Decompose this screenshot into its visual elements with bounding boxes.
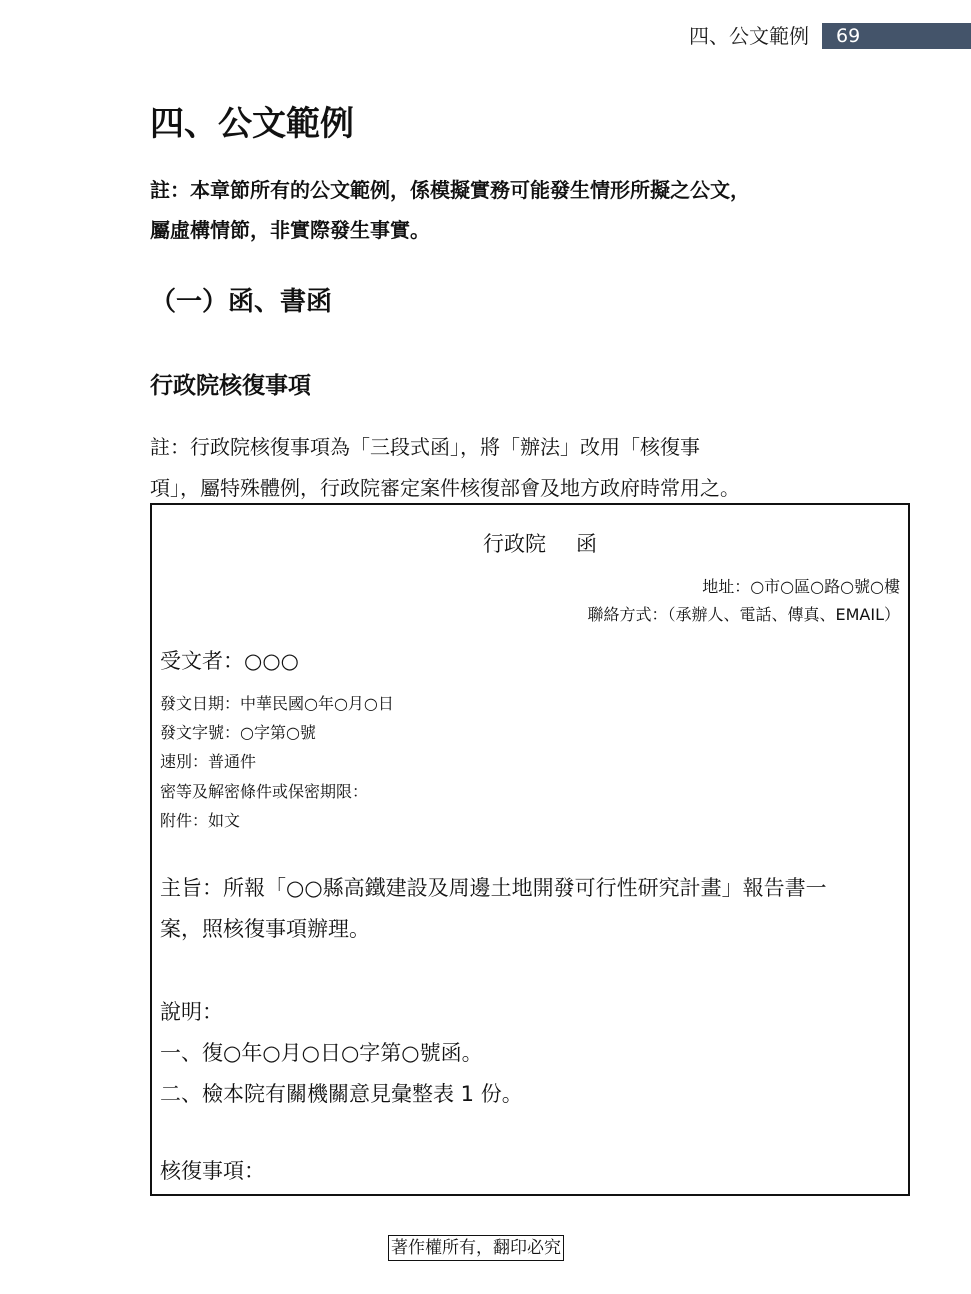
chapter-note-line-2: 屬虛構情節，非實際發生事實。 bbox=[150, 210, 750, 250]
meta-issue-date: 發文日期：中華民國○年○月○日 bbox=[160, 689, 394, 718]
sub-note: 註：行政院核復事項為「三段式函」，將「辦法」改用「核復事 項」，屬特殊體例，行政… bbox=[150, 427, 850, 509]
document-subject: 主旨：所報「○○縣高鐵建設及周邊土地開發可行性研究計畫」報告書一 案，照核復事項… bbox=[160, 868, 900, 950]
meta-urgency: 速別：普通件 bbox=[160, 747, 394, 776]
document-explanation: 說明： 一、復○年○月○日○字第○號函。 二、檢本院有關機關意見彙整表 1 份。 bbox=[160, 992, 523, 1115]
document-review-label: 核復事項： bbox=[160, 1154, 265, 1188]
subject-line-1: 主旨：所報「○○縣高鐵建設及周邊土地開發可行性研究計畫」報告書一 bbox=[160, 868, 900, 909]
subject-line-2: 案，照核復事項辦理。 bbox=[160, 909, 900, 950]
sub-note-line-1: 註：行政院核復事項為「三段式函」，將「辦法」改用「核復事 bbox=[150, 427, 850, 468]
document-recipient: 受文者：○○○ bbox=[160, 644, 299, 678]
document-contact-block: 地址：○市○區○路○號○樓 聯絡方式：（承辦人、電話、傳真、EMAIL） bbox=[588, 573, 901, 629]
chapter-note-line-1: 註：本章節所有的公文範例，係模擬實務可能發生情形所擬之公文， bbox=[150, 170, 750, 210]
sub-title: 行政院核復事項 bbox=[150, 366, 311, 406]
page-number-badge: 69 bbox=[822, 23, 971, 49]
meta-confidentiality: 密等及解密條件或保密期限： bbox=[160, 777, 394, 806]
section-title: （一）函、書函 bbox=[150, 282, 332, 322]
chapter-title: 四、公文範例 bbox=[150, 100, 354, 148]
meta-doc-number: 發文字號：○字第○號 bbox=[160, 718, 394, 747]
running-header-section: 四、公文範例 bbox=[689, 22, 809, 50]
document-meta: 發文日期：中華民國○年○月○日 發文字號：○字第○號 速別：普通件 密等及解密條… bbox=[160, 689, 394, 835]
explanation-label: 說明： bbox=[160, 992, 523, 1033]
document-address: 地址：○市○區○路○號○樓 bbox=[588, 573, 901, 601]
document-type: 函 bbox=[576, 532, 597, 556]
document-contact: 聯絡方式：（承辦人、電話、傳真、EMAIL） bbox=[588, 601, 901, 629]
running-header: 四、公文範例 69 bbox=[0, 22, 971, 50]
explanation-item: 二、檢本院有關機關意見彙整表 1 份。 bbox=[160, 1074, 523, 1115]
explanation-item: 一、復○年○月○日○字第○號函。 bbox=[160, 1033, 523, 1074]
copyright-footer: 著作權所有，翻印必究 bbox=[388, 1235, 564, 1261]
document-issuer: 行政院 bbox=[483, 532, 546, 556]
document-heading: 行政院函 bbox=[152, 529, 908, 559]
chapter-note: 註：本章節所有的公文範例，係模擬實務可能發生情形所擬之公文， 屬虛構情節，非實際… bbox=[150, 170, 750, 250]
meta-attachment: 附件：如文 bbox=[160, 806, 394, 835]
official-document-sample: 行政院函 地址：○市○區○路○號○樓 聯絡方式：（承辦人、電話、傳真、EMAIL… bbox=[150, 503, 910, 1196]
